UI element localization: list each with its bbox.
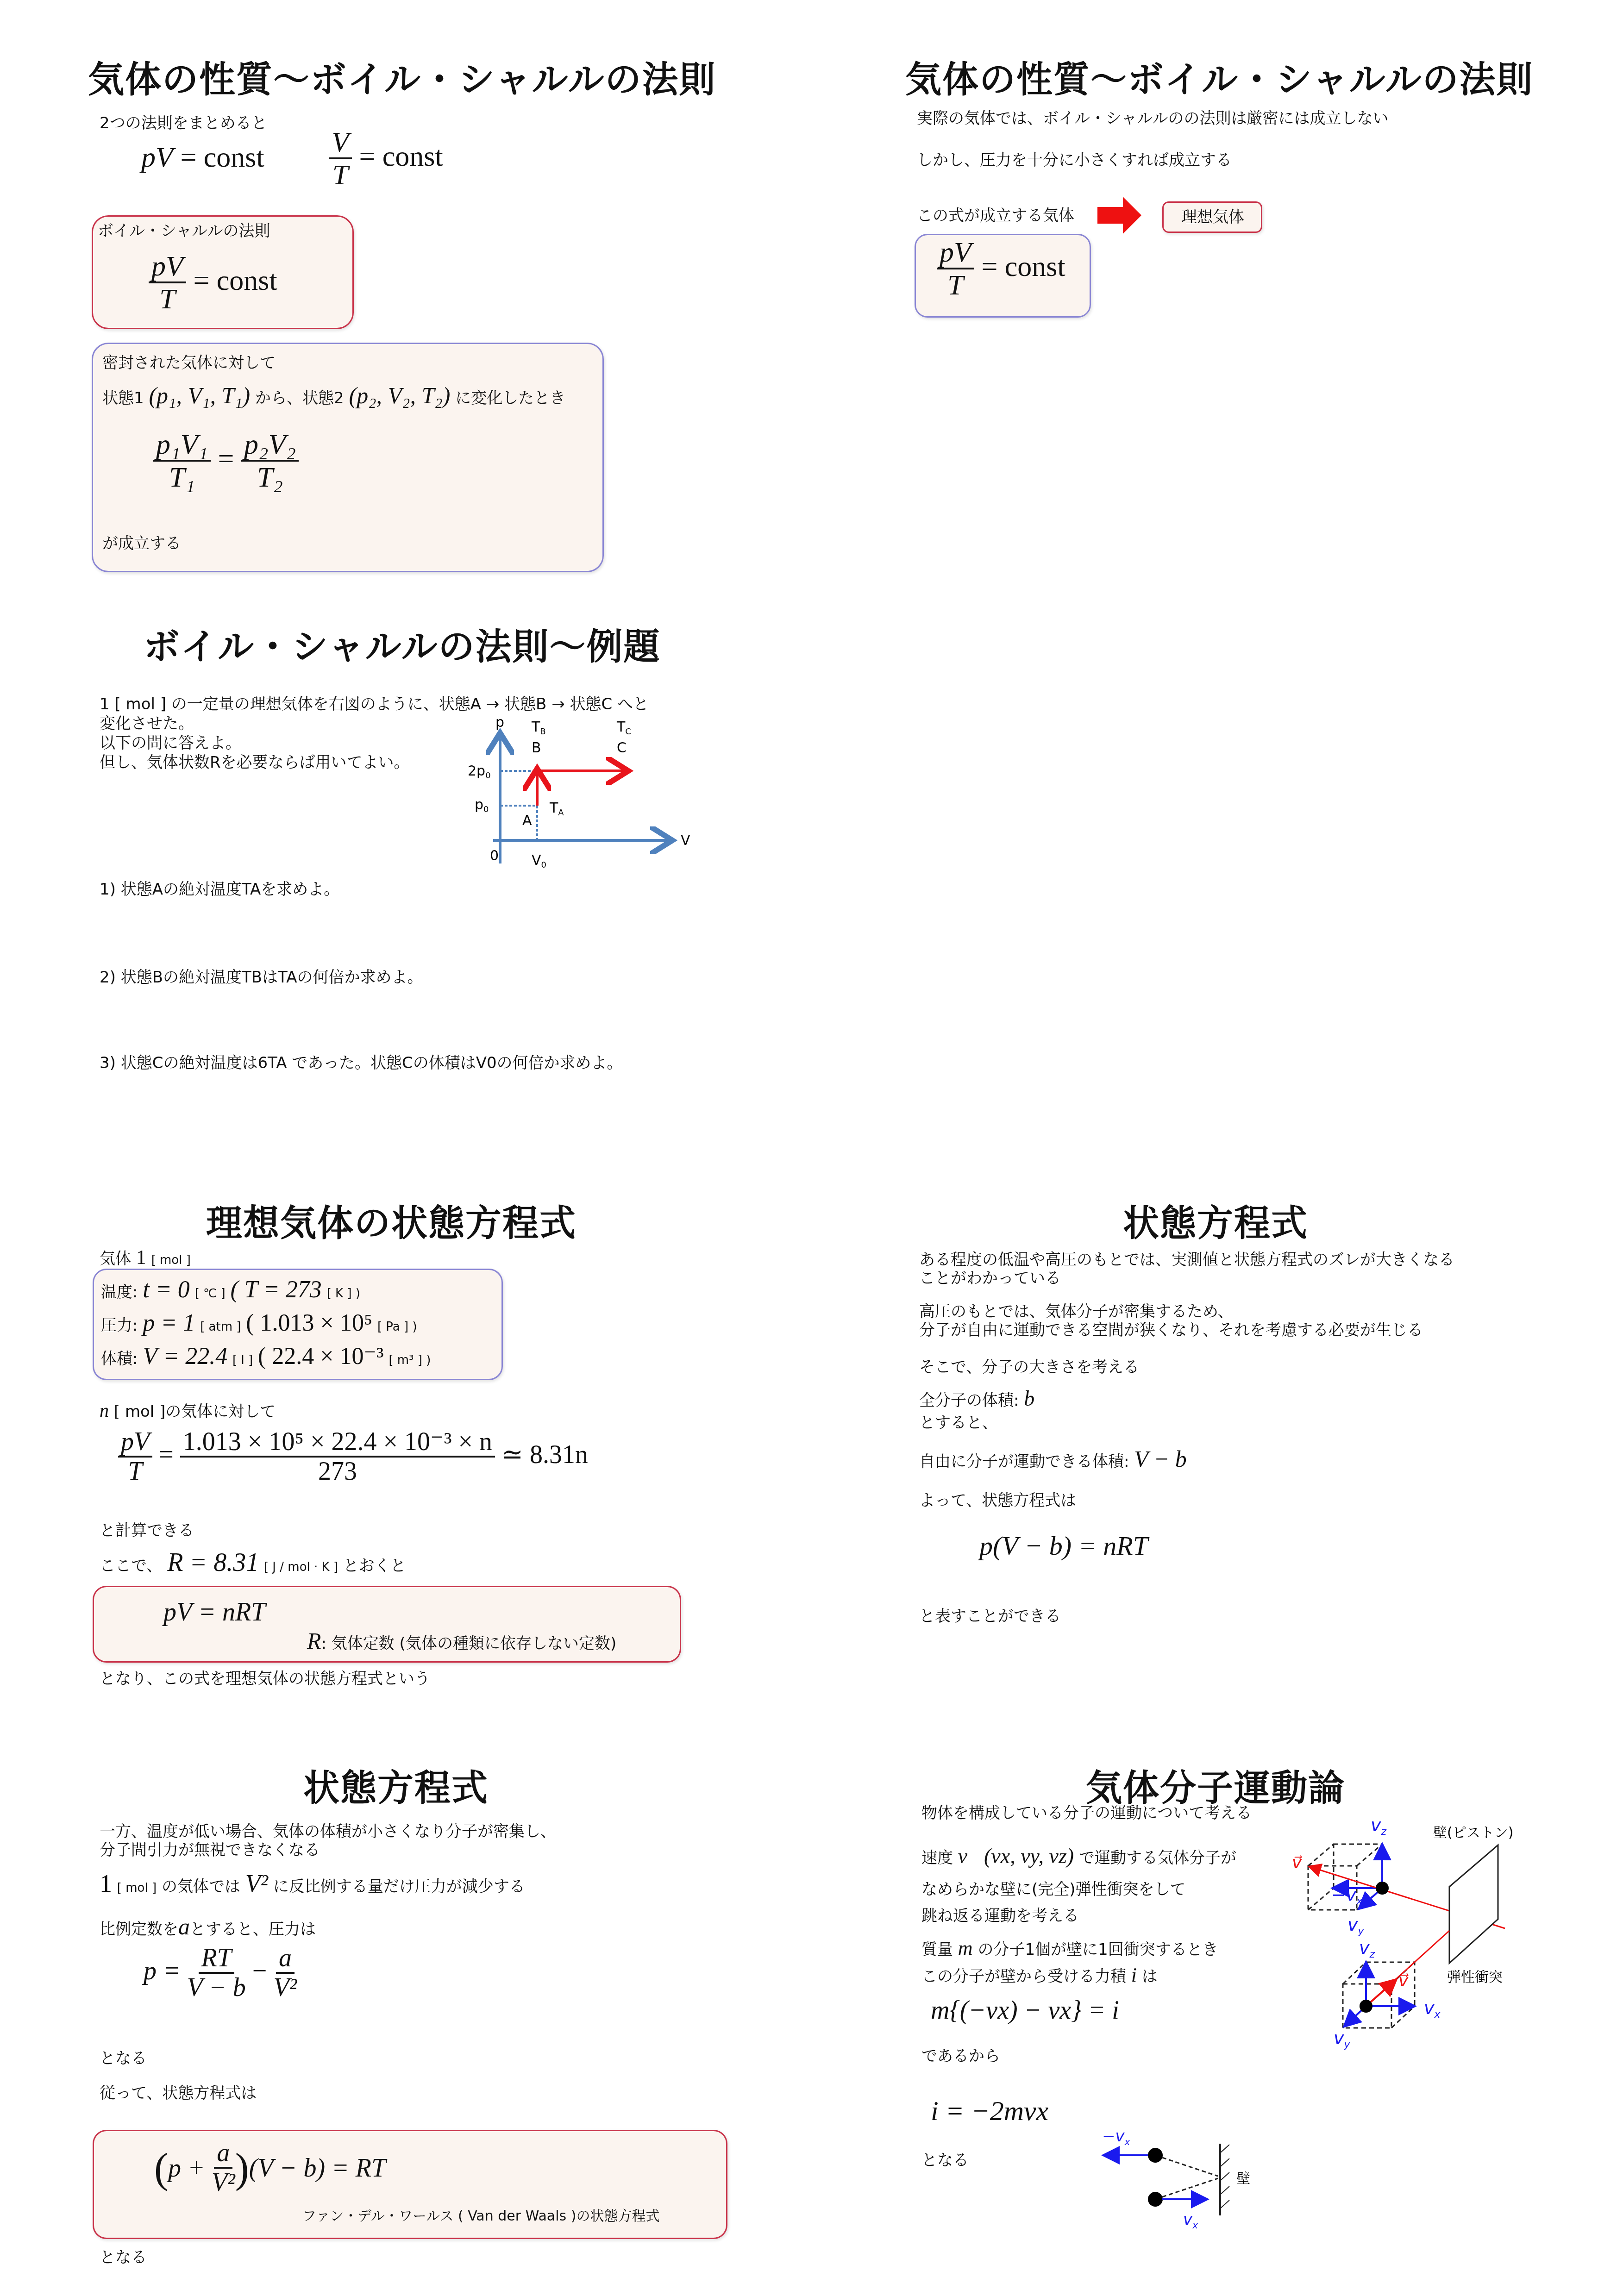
question-3: 3) 状態Cの絶対温度は6TA であった。状態Cの体積はV0の何倍か求めよ。 (100, 1053, 623, 1073)
p7: であるから (921, 2046, 1000, 2066)
frac-num: pV (937, 238, 974, 269)
slide-2: 気体の性質〜ボイル・シャルルの法則 実際の気体では、ボイル・シャルルのの法則は厳… (880, 37, 1623, 593)
slide-title: 状態方程式 (303, 1759, 489, 1811)
slide-title: 気体の性質〜ボイル・シャルルの法則 (88, 51, 716, 103)
eq-rhs: = const (981, 251, 1065, 282)
p1-line1: ある程度の低温や高圧のもとでは、実測値と状態方程式のズレが大きくなる (919, 1250, 1454, 1270)
real-gas-text: 実際の気体では、ボイル・シャルルのの法則は厳密には成立しない (917, 109, 1388, 129)
eq-rhs: = const (359, 141, 443, 172)
p4: となる (100, 2049, 147, 2069)
svg-text:vy: vy (1347, 1914, 1365, 1937)
ideal-gas-equation: pV = nRT (163, 1597, 265, 1627)
box-equation: pVT = const (149, 251, 277, 315)
gas-label: 気体 (100, 1250, 131, 1268)
p1-line2: 分子間引力が無視できなくなる (100, 1840, 320, 1860)
problem-line-2: 変化させた。 (100, 714, 194, 734)
p8: と表すことができる (919, 1607, 1061, 1627)
eq-rhs: = const (180, 142, 264, 173)
elastic-collision-diagram: v⃗ vz −vx vy 壁(ピストン) 弾性衝突 v⃗ vz vx vy (1287, 1796, 1588, 2093)
slide-title: ボイル・シャルルの法則〜例題 (144, 618, 661, 670)
slide-title: 状態方程式 (1123, 1195, 1308, 1246)
computed-text: と計算できる (100, 1521, 194, 1541)
combined-gas-equation: p₁V₁T₁ = p₂V₂T₂ (153, 430, 299, 493)
gas-amount-value: 1 (136, 1246, 146, 1269)
gas-unit: [ mol ] (151, 1253, 191, 1267)
problem-line-1: 1 [ mol ] の一定量の理想気体を右図のように、状態A → 状態B → 状… (100, 694, 649, 714)
applies-text: この式が成立する気体 (917, 206, 1074, 226)
p5: とすると、 (919, 1413, 998, 1433)
frac-den: T (947, 269, 963, 301)
p2: 速度 v⃗(vx, vy, vz) で運動する気体分子が (921, 1843, 1236, 1870)
right-arrow-icon (1097, 197, 1144, 234)
conclusion-text: が成立する (102, 534, 181, 554)
svg-text:vx: vx (1183, 2210, 1198, 2231)
p8: となる (921, 2151, 969, 2171)
temperature-row: 温度: t = 0 [ ℃ ] ( T = 273 [ K ] ) (101, 1275, 360, 1305)
standard-conditions-box: 温度: t = 0 [ ℃ ] ( T = 273 [ K ] ) 圧力: p … (93, 1269, 503, 1380)
slide-title: 理想気体の状態方程式 (206, 1195, 577, 1246)
p4: 跳ね返る運動を考える (921, 1906, 1079, 1926)
slide-6: 状態方程式 ある程度の低温や高圧のもとでは、実測値と状態方程式のズレが大きくなる… (889, 1176, 1623, 1732)
box-label: ボイル・シャルルの法則 (98, 221, 270, 241)
p4: 全分子の体積: b (919, 1385, 1034, 1412)
pressure-row: 圧力: p = 1 [ atm ] ( 1.013 × 10⁵ [ Pa ] ) (101, 1308, 417, 1338)
svg-text:TC: TC (616, 719, 631, 737)
svg-text:TA: TA (549, 800, 564, 818)
svg-text:TB: TB (531, 719, 546, 737)
impulse-result: i = −2mvx (931, 2095, 1048, 2127)
frac-num: pV (149, 251, 186, 283)
problem-line-4: 但し、気体状数Rを必要ならば用いてよい。 (100, 753, 410, 773)
eq-lhs: pV (141, 142, 173, 173)
p2: 1 [ mol ] の気体では V² に反比例する量だけ圧力が減少する (100, 1868, 525, 1900)
boyle-equation: pV = const (141, 141, 264, 174)
collision-label: 弾性衝突 (1447, 1969, 1503, 1985)
box-equation: pVT = const (937, 238, 1065, 301)
svg-text:v⃗: v⃗ (1398, 1971, 1409, 1990)
pressure-equation: p = RTV − b − aV² (144, 1945, 297, 2002)
frac-den: T₂ (257, 462, 283, 493)
excluded-volume-equation: p(V − b) = nRT (979, 1530, 1148, 1561)
pv-diagram: p V 0 2p0 p0 V0 A TA B TB C TC (463, 718, 741, 894)
p3: 比例定数をaとすると、圧力は (100, 1912, 316, 1941)
question-2: 2) 状態Bの絶対温度TBはTAの何倍か求めよ。 (100, 968, 423, 988)
frac-num: p₁V₁ (153, 430, 211, 462)
svg-text:p0: p0 (475, 797, 489, 814)
wall-bounce-diagram: −vx vx 壁 (1093, 2116, 1287, 2236)
ideal-gas-badge: 理想気体 (1162, 201, 1262, 233)
badge-label: 理想気体 (1181, 207, 1244, 227)
gas-amount: 気体 1 [ mol ] (100, 1245, 191, 1270)
boyle-charles-law-box: ボイル・シャルルの法則 pVT = const (92, 215, 354, 329)
state-change-text: 状態1 (p₁, V₁, T₁) から、状態2 (p₂, V₂, T₂) に変化… (102, 381, 565, 410)
frac-num: p₂V₂ (241, 430, 299, 462)
state1-vars: (p₁, V₁, T₁) (149, 382, 250, 408)
slide-8: 気体分子運動論 物体を構成している分子の運動について考える 速度 v⃗(vx, … (889, 1741, 1623, 2296)
ideal-gas-law-box: pVT = const (915, 234, 1091, 318)
question-1: 1) 状態Aの絶対温度TAを求めよ。 (100, 880, 339, 900)
p1-line2: ことがわかっている (919, 1269, 1061, 1289)
svg-text:A: A (522, 813, 532, 829)
frac-den: T₁ (169, 462, 195, 493)
svg-text:−vx: −vx (1102, 2127, 1130, 2147)
p1-line1: 一方、温度が低い場合、気体の体積が小さくなり分子が密集し、 (100, 1822, 556, 1842)
van-der-waals-box: (p + aV²)(V − b) = RT ファン・デル・ワールス ( Van … (93, 2130, 727, 2239)
eq-rhs: = const (193, 265, 277, 296)
van-der-waals-equation: (p + aV²)(V − b) = RT (154, 2140, 386, 2197)
svg-text:vy: vy (1334, 2028, 1351, 2051)
n-mol-text: n [ mol ]の気体に対して (100, 1399, 276, 1422)
to-text: に変化したとき (455, 389, 565, 407)
gas-constant-note: R: 気体定数 (気体の種類に依存しない定数) (307, 1627, 616, 1656)
svg-text:vx: vx (1424, 1998, 1441, 2021)
p-axis-label: p (495, 718, 504, 731)
svg-text:vz: vz (1371, 1815, 1387, 1838)
gas-constant-def: ここで、 R = 8.31 [ J / mol · K ] とおくと (100, 1546, 406, 1579)
p3: なめらかな壁に(完全)弾性衝突をして (921, 1880, 1186, 1900)
wall-label: 壁(ピストン) (1433, 1825, 1513, 1841)
slide-3: ボイル・シャルルの法則〜例題 1 [ mol ] の一定量の理想気体を右図のよう… (69, 602, 833, 1157)
slide-7: 状態方程式 一方、温度が低い場合、気体の体積が小さくなり分子が密集し、 分子間引… (69, 1741, 833, 2296)
intro-text: 2つの法則をまとめると (100, 113, 267, 133)
frac-num: V (329, 127, 352, 159)
from-text: から、状態2 (255, 389, 344, 407)
slide-5: 理想気体の状態方程式 気体 1 [ mol ] 温度: t = 0 [ ℃ ] … (69, 1176, 833, 1732)
state1-label: 状態1 (102, 389, 144, 407)
van-der-waals-label: ファン・デル・ワールス ( Van der Waals )の状態方程式 (302, 2208, 659, 2225)
p2-line2: 分子が自由に運動できる空間が狭くなり、それを考慮する必要が生じる (919, 1320, 1423, 1340)
p5: 質量 m の分子1個が壁に1回衝突するとき (921, 1935, 1218, 1961)
equals: = (218, 443, 234, 475)
p5: 従って、状態方程式は (100, 2083, 257, 2103)
svg-text:vz: vz (1359, 1938, 1375, 1960)
ideal-gas-law-box: pV = nRT R: 気体定数 (気体の種類に依存しない定数) (93, 1586, 681, 1663)
p6: この分子が壁から受ける力積 i は (921, 1962, 1158, 1988)
svg-text:V0: V0 (532, 852, 546, 870)
state2-vars: (p₂, V₂, T₂) (349, 382, 451, 408)
svg-text:V: V (681, 832, 690, 849)
p6: となる (100, 2248, 147, 2268)
slide-1: 気体の性質〜ボイル・シャルルの法則 2つの法則をまとめると pV = const… (69, 37, 833, 593)
slide-title: 気体の性質〜ボイル・シャルルの法則 (905, 51, 1534, 103)
frac-den: T (159, 283, 175, 315)
gas-constant-calc: pVT = 1.013 × 10⁵ × 22.4 × 10⁻³ × n273 ≃… (118, 1428, 588, 1486)
wall-label: 壁 (1236, 2171, 1250, 2187)
p3: そこで、分子の大きさを考える (919, 1358, 1139, 1377)
low-pressure-text: しかし、圧力を十分に小さくすれば成立する (917, 150, 1232, 170)
sealed-gas-text: 密封された気体に対して (102, 353, 276, 373)
svg-text:2p0: 2p0 (468, 763, 491, 781)
p1: 物体を構成している分子の運動について考える (921, 1803, 1252, 1823)
p6: 自由に分子が運動できる体積: V − b (919, 1445, 1187, 1474)
svg-text:v⃗: v⃗ (1292, 1853, 1303, 1872)
charles-equation: VT = const (329, 127, 443, 191)
svg-text:0: 0 (490, 848, 499, 864)
state-change-box: 密封された気体に対して 状態1 (p₁, V₁, T₁) から、状態2 (p₂,… (92, 343, 604, 572)
volume-row: 体積: V = 22.4 [ l ] ( 22.4 × 10⁻³ [ m³ ] … (101, 1341, 431, 1371)
conclusion-text: となり、この式を理想気体の状態方程式という (100, 1669, 430, 1689)
problem-line-3: 以下の問に答えよ。 (100, 733, 241, 753)
svg-text:B: B (532, 740, 541, 756)
svg-text:C: C (617, 740, 627, 756)
p7: よって、状態方程式は (919, 1491, 1076, 1511)
frac-den: T (332, 159, 348, 191)
p2-line1: 高圧のもとでは、気体分子が密集するため、 (919, 1302, 1234, 1322)
impulse-equation: m{(−vx) − vx} = i (931, 1996, 1119, 2025)
